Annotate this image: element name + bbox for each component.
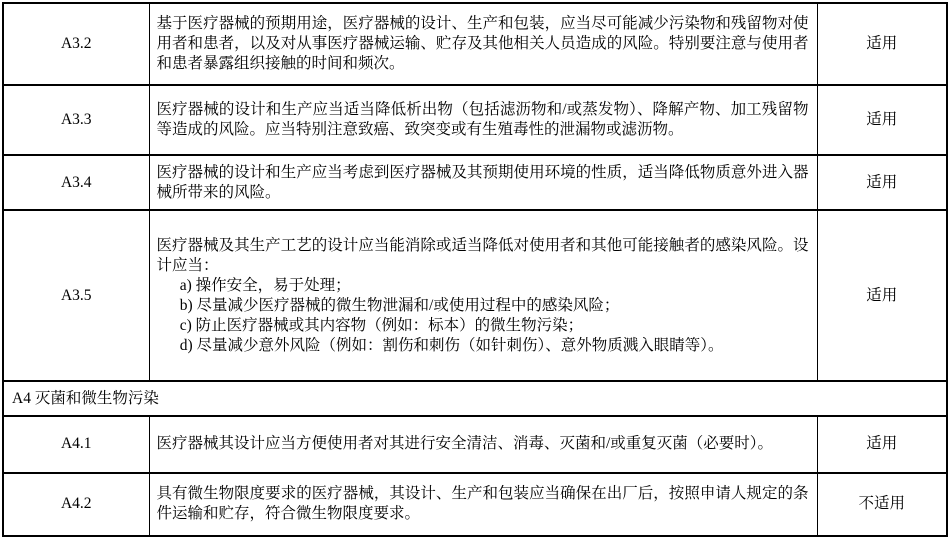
- table-row: A3.4 医疗器械的设计和生产应当考虑到医疗器械及其预期使用环境的性质，适当降低…: [3, 155, 947, 209]
- clause-text: 医疗器械的设计和生产应当考虑到医疗器械及其预期使用环境的性质，适当降低物质意外进…: [149, 155, 817, 209]
- section-header-row: A4 灭菌和微生物污染: [3, 381, 947, 416]
- requirements-table: A3.2 基于医疗器械的预期用途，医疗器械的设计、生产和包装，应当尽可能减少污染…: [2, 2, 948, 537]
- clause-text: 医疗器械其设计应当方便使用者对其进行安全清洁、消毒、灭菌和/或重复灭菌（必要时）…: [149, 416, 817, 472]
- table-row: A3.5 医疗器械及其生产工艺的设计应当能消除或适当降低对使用者和其他可能接触者…: [3, 210, 947, 382]
- document-page: A3.2 基于医疗器械的预期用途，医疗器械的设计、生产和包装，应当尽可能减少污染…: [0, 0, 948, 539]
- clause-text: 医疗器械及其生产工艺的设计应当能消除或适当降低对使用者和其他可能接触者的感染风险…: [149, 210, 817, 382]
- clause-id: A3.3: [3, 85, 149, 156]
- applicability-value: 适用: [817, 210, 947, 382]
- clause-id: A3.5: [3, 210, 149, 382]
- clause-text: 具有微生物限度要求的医疗器械，其设计、生产和包装应当确保在出厂后，按照申请人规定…: [149, 473, 817, 536]
- table-row: A4.2 具有微生物限度要求的医疗器械，其设计、生产和包装应当确保在出厂后，按照…: [3, 473, 947, 536]
- table-row: A3.2 基于医疗器械的预期用途，医疗器械的设计、生产和包装，应当尽可能减少污染…: [3, 3, 947, 85]
- table-row: A3.3 医疗器械的设计和生产应当适当降低析出物（包括滤沥物和/或蒸发物）、降解…: [3, 85, 947, 156]
- clause-id: A4.1: [3, 416, 149, 472]
- applicability-value: 适用: [817, 85, 947, 156]
- table-row: A4.1 医疗器械其设计应当方便使用者对其进行安全清洁、消毒、灭菌和/或重复灭菌…: [3, 416, 947, 472]
- section-title: A4 灭菌和微生物污染: [3, 381, 947, 416]
- applicability-value: 适用: [817, 155, 947, 209]
- clause-id: A4.2: [3, 473, 149, 536]
- clause-id: A3.4: [3, 155, 149, 209]
- applicability-value: 不适用: [817, 473, 947, 536]
- clause-id: A3.2: [3, 3, 149, 85]
- clause-text: 基于医疗器械的预期用途，医疗器械的设计、生产和包装，应当尽可能减少污染物和残留物…: [149, 3, 817, 85]
- applicability-value: 适用: [817, 3, 947, 85]
- clause-text: 医疗器械的设计和生产应当适当降低析出物（包括滤沥物和/或蒸发物）、降解产物、加工…: [149, 85, 817, 156]
- applicability-value: 适用: [817, 416, 947, 472]
